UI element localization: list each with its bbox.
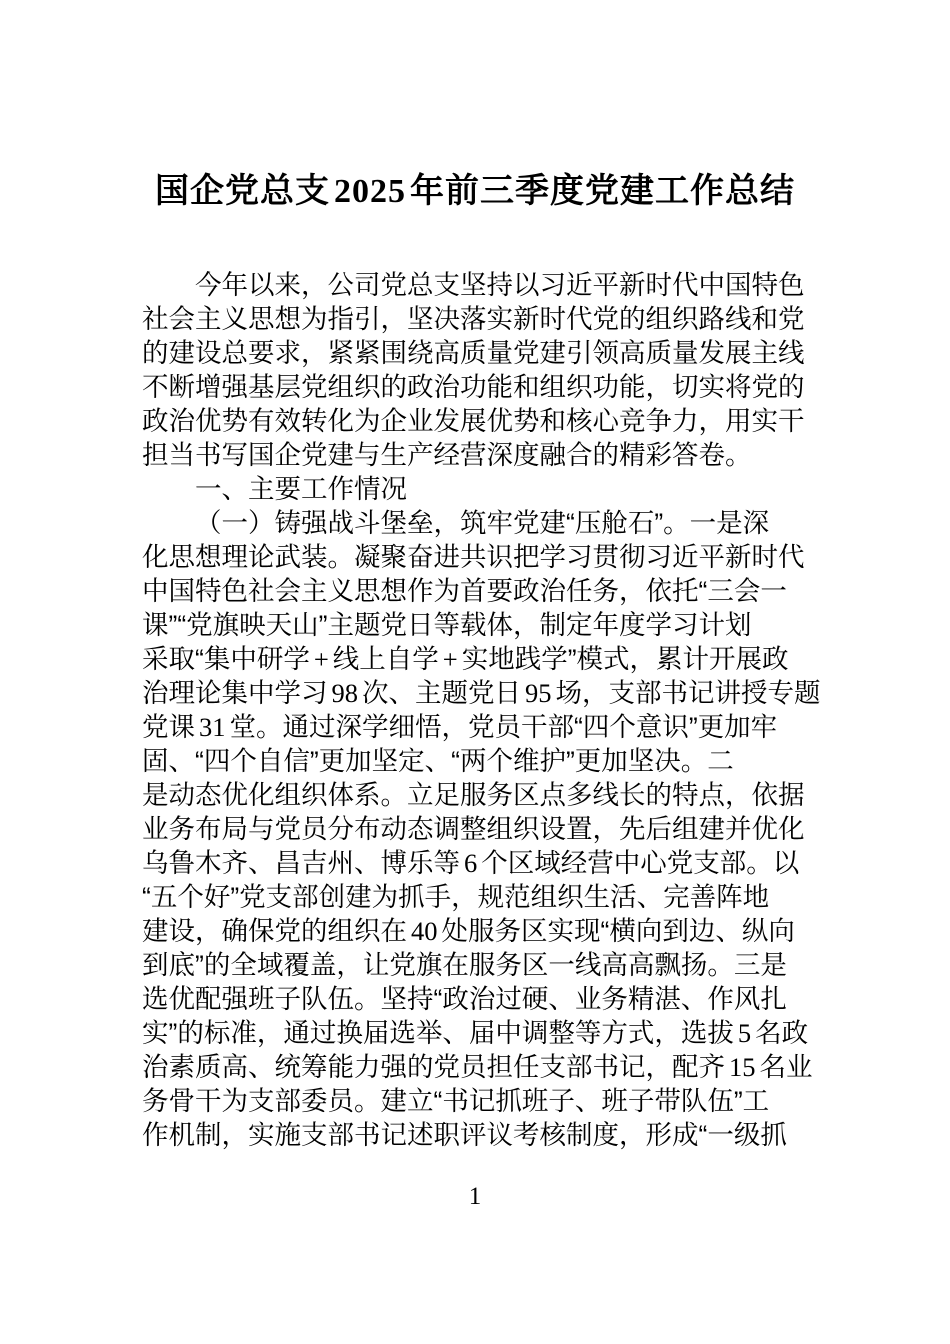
text-line: 业务布局与党员分布动态调整组织设置，先后组建并优化 — [142, 812, 822, 846]
text-line: 的建设总要求，紧紧围绕高质量党建引领高质量发展主线 — [142, 336, 822, 370]
text-line: 选优配强班子队伍。坚持“政治过硬、业务精湛、作风扎 — [142, 982, 822, 1016]
latin-text: 31 — [199, 712, 226, 742]
latin-text: 5 — [738, 1018, 751, 1048]
text-line: 不断增强基层党组织的政治功能和组织功能，切实将党的 — [142, 370, 822, 404]
document-title: 国企党总支2025年前三季度党建工作总结 — [0, 0, 950, 215]
text-line: 务骨干为支部委员。建立“书记抓班子、班子带队伍”工 — [142, 1084, 822, 1118]
text-line: 化思想理论武装。凝聚奋进共识把学习贯彻习近平新时代 — [142, 540, 822, 574]
text-line: 是动态优化组织体系。立足服务区点多线长的特点，依据 — [142, 778, 822, 812]
text-line: （一）铸强战斗堡垒，筑牢党建“压舱石”。一是深 — [142, 506, 822, 540]
latin-text: 98 — [332, 678, 359, 708]
document-page: 国企党总支2025年前三季度党建工作总结 今年以来，公司党总支坚持以习近平新时代… — [0, 0, 950, 1344]
text-line: 到底”的全域覆盖，让党旗在服务区一线高高飘扬。三是 — [142, 948, 822, 982]
latin-text: 15 — [729, 1052, 756, 1082]
page-number: 1 — [0, 1183, 950, 1211]
text-line: 治理论集中学习98次、主题党日95场，支部书记讲授专题 — [142, 676, 822, 710]
text-line: 固、“四个自信”更加坚定、“两个维护”更加坚决。二 — [142, 744, 822, 778]
text-line: 党课31堂。通过深学细悟，党员干部“四个意识”更加牢 — [142, 710, 822, 744]
text-line: “五个好”党支部创建为抓手，规范组织生活、完善阵地 — [142, 880, 822, 914]
latin-text: 6 — [464, 848, 477, 878]
latin-text: 95 — [525, 678, 552, 708]
text-line: 社会主义思想为指引，坚决落实新时代党的组织路线和党 — [142, 302, 822, 336]
text-line: 中国特色社会主义思想作为首要政治任务，依托“三会一 — [142, 574, 822, 608]
text-line: 担当书写国企党建与生产经营深度融合的精彩答卷。 — [142, 438, 822, 472]
latin-text: + — [314, 644, 329, 674]
text-line: 乌鲁木齐、昌吉州、博乐等6个区域经营中心党支部。以 — [142, 846, 822, 880]
text-line: 一、主要工作情况 — [142, 472, 822, 506]
text-line: 今年以来，公司党总支坚持以习近平新时代中国特色 — [142, 268, 822, 302]
text-line: 治素质高、统筹能力强的党员担任支部书记，配齐15名业 — [142, 1050, 822, 1084]
text-line: 作机制，实施支部书记述职评议考核制度，形成“一级抓 — [142, 1118, 822, 1152]
latin-text: 40 — [411, 916, 438, 946]
document-body: 今年以来，公司党总支坚持以习近平新时代中国特色社会主义思想为指引，坚决落实新时代… — [142, 268, 822, 1152]
text-line: 采取“集中研学+线上自学+实地践学”模式，累计开展政 — [142, 642, 822, 676]
latin-text: + — [443, 644, 458, 674]
text-line: 课”“党旗映天山”主题党日等载体，制定年度学习计划 — [142, 608, 822, 642]
text-line: 政治优势有效转化为企业发展优势和核心竞争力，用实干 — [142, 404, 822, 438]
latin-text: 2025 — [334, 173, 406, 210]
text-line: 实”的标准，通过换届选举、届中调整等方式，选拔5名政 — [142, 1016, 822, 1050]
text-line: 建设，确保党的组织在40处服务区实现“横向到边、纵向 — [142, 914, 822, 948]
